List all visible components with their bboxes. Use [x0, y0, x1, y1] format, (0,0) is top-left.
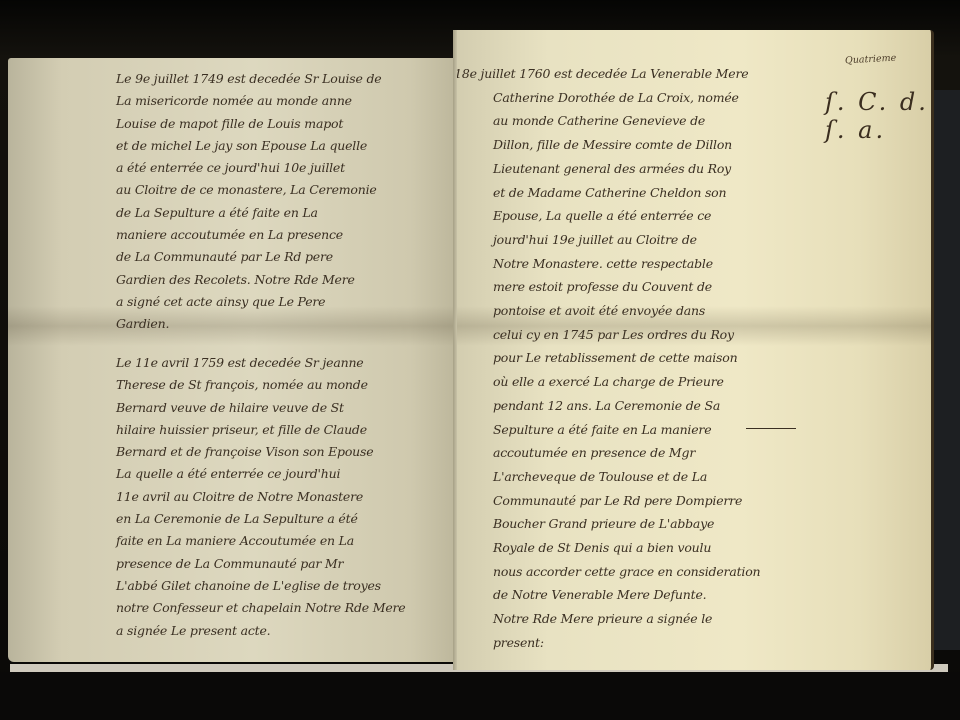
handwritten-line: pour Le retablissement de cette maison — [493, 346, 760, 370]
handwritten-line: de La Communauté par Le Rd pere — [116, 246, 381, 268]
handwritten-line: a été enterrée ce jourd'hui 10e juillet — [116, 157, 381, 179]
handwritten-line: où elle a exercé La charge de Prieure — [493, 370, 760, 394]
handwritten-line: Le 18e juillet 1760 est decedée La Vener… — [453, 62, 760, 86]
handwritten-line: et de michel Le jay son Epouse La quelle — [116, 135, 381, 157]
handwritten-line: Louise de mapot fille de Louis mapot — [116, 113, 381, 135]
handwritten-line: a signé cet acte ainsy que Le Pere — [116, 291, 381, 313]
handwritten-line: Notre Rde Mere prieure a signée le — [493, 607, 760, 631]
handwritten-line: notre Confesseur et chapelain Notre Rde … — [116, 597, 406, 619]
handwritten-line: de La Sepulture a été faite en La — [116, 202, 381, 224]
burial-entry-1749: Le 9e juillet 1749 est decedée Sr Louise… — [116, 68, 381, 336]
handwritten-line: Gardien. — [116, 313, 381, 335]
handwritten-line: presence de La Communauté par Mr — [116, 553, 406, 575]
handwritten-line: Bernard veuve de hilaire veuve de St — [116, 397, 406, 419]
handwritten-line: Therese de St françois, nomée au monde — [116, 374, 406, 396]
handwritten-line: pontoise et avoit été envoyée dans — [493, 299, 760, 323]
handwritten-line: present: — [493, 631, 760, 655]
handwritten-line: mere estoit professe du Couvent de — [493, 275, 760, 299]
open-register-book: Le 9e juillet 1749 est decedée Sr Louise… — [8, 52, 934, 666]
handwritten-line: Catherine Dorothée de La Croix, nomée — [493, 86, 760, 110]
handwritten-line: 11e avril au Cloitre de Notre Monastere — [116, 486, 406, 508]
handwritten-line: Communauté par Le Rd pere Dompierre — [493, 489, 760, 513]
handwritten-line: en La Ceremonie de La Sepulture a été — [116, 508, 406, 530]
handwritten-line: maniere accoutumée en La presence — [116, 224, 381, 246]
handwritten-line: Sepulture a été faite en La maniere — [493, 418, 760, 442]
handwritten-line: Royale de St Denis qui a bien voulu — [493, 536, 760, 560]
display-shelf-base — [0, 672, 960, 720]
handwritten-line: Gardien des Recolets. Notre Rde Mere — [116, 269, 381, 291]
right-page: Quatrieme ſ. C. d. ſ. a. Le 18e juillet … — [453, 30, 934, 670]
handwritten-line: au Cloitre de ce monastere, La Ceremonie — [116, 179, 381, 201]
handwritten-line: nous accorder cette grace en considerati… — [493, 560, 760, 584]
handwritten-line: Notre Monastere. cette respectable — [493, 252, 760, 276]
handwritten-line: Le 11e avril 1759 est decedée Sr jeanne — [116, 352, 406, 374]
handwritten-line: accoutumée en presence de Mgr — [493, 441, 760, 465]
handwritten-line: au monde Catherine Genevieve de — [493, 109, 760, 133]
handwritten-line: L'archeveque de Toulouse et de La — [493, 465, 760, 489]
burial-entry-1760: Le 18e juillet 1760 est decedée La Vener… — [493, 62, 760, 655]
handwritten-line: celui cy en 1745 par Les ordres du Roy — [493, 323, 760, 347]
margin-initials: ſ. C. d. ſ. a. — [825, 88, 931, 144]
handwritten-line: de Notre Venerable Mere Defunte. — [493, 583, 760, 607]
handwritten-line: Lieutenant general des armées du Roy — [493, 157, 760, 181]
handwritten-line: pendant 12 ans. La Ceremonie de Sa — [493, 394, 760, 418]
handwritten-line: L'abbé Gilet chanoine de L'eglise de tro… — [116, 575, 406, 597]
left-page: Le 9e juillet 1749 est decedée Sr Louise… — [8, 58, 455, 662]
case-side-panel — [930, 90, 960, 650]
handwritten-line: Bernard et de françoise Vison son Epouse — [116, 441, 406, 463]
burial-entry-1759: Le 11e avril 1759 est decedée Sr jeanne … — [116, 352, 406, 642]
book-gutter — [453, 30, 457, 670]
handwritten-line: Le 9e juillet 1749 est decedée Sr Louise… — [116, 68, 381, 90]
handwritten-line: La misericorde nomée au monde anne — [116, 90, 381, 112]
handwritten-line: et de Madame Catherine Cheldon son — [493, 181, 760, 205]
handwritten-line: jourd'hui 19e juillet au Cloitre de — [493, 228, 760, 252]
margin-note: Quatrieme — [845, 53, 897, 67]
handwritten-line: a signée Le present acte. — [116, 620, 406, 642]
handwritten-line: Boucher Grand prieure de L'abbaye — [493, 512, 760, 536]
handwritten-line: Dillon, fille de Messire comte de Dillon — [493, 133, 760, 157]
handwritten-line: hilaire huissier priseur, et fille de Cl… — [116, 419, 406, 441]
handwritten-line: Epouse, La quelle a été enterrée ce — [493, 204, 760, 228]
handwritten-line: La quelle a été enterrée ce jourd'hui — [116, 463, 406, 485]
handwritten-line: faite en La maniere Accoutumée en La — [116, 530, 406, 552]
